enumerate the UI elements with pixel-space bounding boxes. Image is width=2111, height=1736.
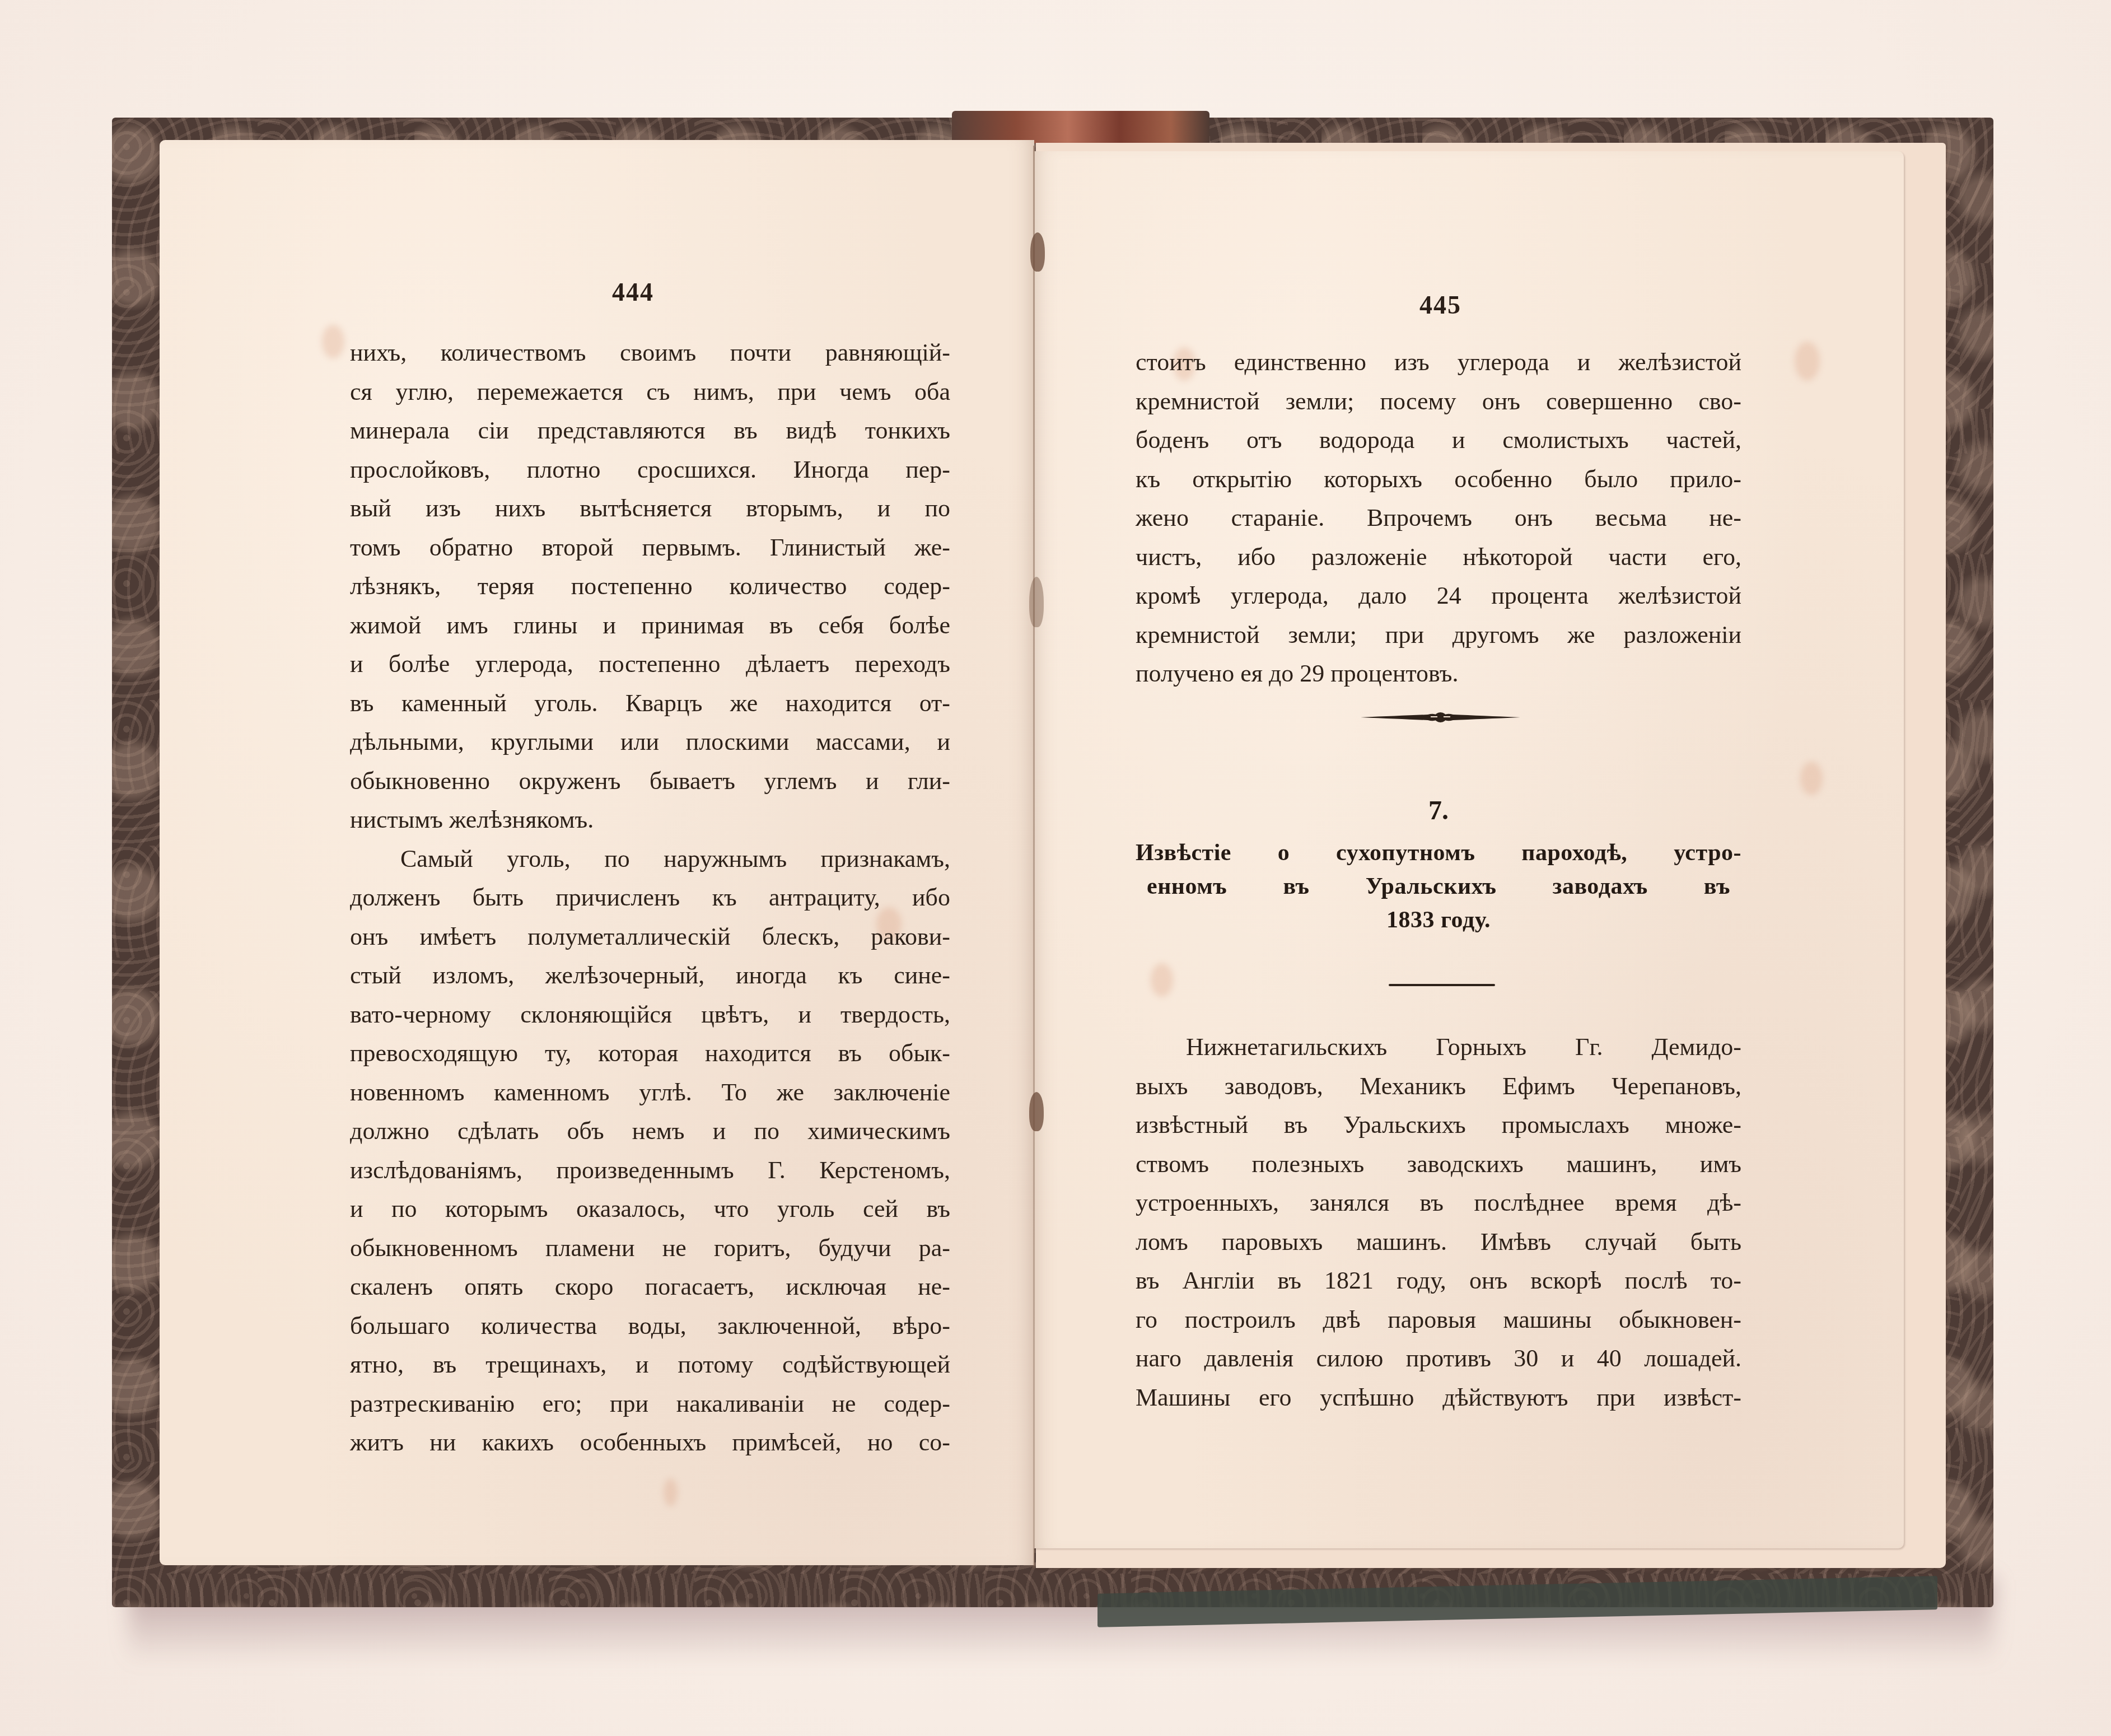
section-title-line: енномъ въ Уральскихъ заводахъ въ — [1136, 870, 1741, 903]
text-line: житъ ни какихъ особенныхъ примѣсей, но с… — [350, 1423, 950, 1462]
text-line: онъ имѣетъ полуметаллическій блескъ, рак… — [350, 917, 950, 956]
text-line: вато-черному склоняющійся цвѣтъ, и тверд… — [350, 995, 950, 1034]
text-line: превосходящую ту, которая находится въ о… — [350, 1034, 950, 1073]
text-line: обыкновенномъ пламени не горитъ, будучи … — [350, 1229, 950, 1268]
text-line: нихъ, количествомъ своимъ почти равняющі… — [350, 333, 950, 372]
text-line: Машины его успѣшно дѣйствуютъ при извѣст… — [1136, 1378, 1741, 1417]
text-line: вый изъ нихъ вытѣсняется вторымъ, и по — [350, 489, 950, 528]
text-line: устроенныхъ, занялся въ послѣднее время … — [1136, 1183, 1741, 1222]
text-line: большаго количества воды, заключенной, в… — [350, 1306, 950, 1346]
text-line: разтрескиванію его; при накаливаніи не с… — [350, 1384, 950, 1424]
text-line: ся углю, перемежается съ нимъ, при чемъ … — [350, 372, 950, 412]
text-line: въ Англіи въ 1821 году, онъ вскорѣ послѣ… — [1136, 1261, 1741, 1300]
page-number: 444 — [612, 277, 654, 307]
ornament-divider-icon — [1361, 710, 1520, 725]
text-line: ствомъ полезныхъ заводскихъ машинъ, имъ — [1136, 1145, 1741, 1184]
binding-tear — [1029, 577, 1044, 627]
text-line: ломъ паровыхъ машинъ. Имѣвъ случай быть — [1136, 1222, 1741, 1262]
foxing-spot — [322, 325, 344, 358]
text-line: должно сдѣлать объ немъ и по химическимъ — [350, 1112, 950, 1151]
text-line: ятно, въ трещинахъ, и потому содѣйствующ… — [350, 1345, 950, 1384]
left-page-text: нихъ, количествомъ своимъ почти равняющі… — [350, 333, 950, 1462]
text-line: скаленъ опять скоро погасаетъ, исключая … — [350, 1267, 950, 1306]
section-number: 7. — [1136, 795, 1741, 826]
text-line: боденъ отъ водорода и смолистыхъ частей, — [1136, 421, 1741, 460]
spine-leather — [952, 111, 1209, 143]
text-line: наго давленія силою противъ 30 и 40 лоша… — [1136, 1339, 1741, 1378]
text-line: долженъ быть причисленъ къ антрациту, иб… — [350, 878, 950, 917]
text-line: къ открытію которыхъ особенно было прило… — [1136, 460, 1741, 499]
text-line: новенномъ каменномъ углѣ. То же заключен… — [350, 1073, 950, 1112]
foxing-spot — [1800, 762, 1823, 795]
page-number: 445 — [1419, 290, 1461, 320]
right-page: 445 стоитъ единственно изъ углерода и же… — [1033, 151, 1904, 1548]
text-line: кремнистой земли; при другомъ же разложе… — [1136, 615, 1741, 655]
text-line: стый изломъ, желѣзочерный, иногда къ син… — [350, 956, 950, 995]
book-gutter — [1033, 146, 1035, 1568]
right-page-text-top: стоитъ единственно изъ углерода и желѣзи… — [1136, 343, 1741, 693]
right-page-text-bottom: Нижнетагильскихъ Горныхъ Гг. Демидо- вых… — [1136, 1028, 1741, 1417]
text-line: получено ея до 29 процентовъ. — [1136, 654, 1741, 693]
text-line: го построилъ двѣ паровыя машины обыкнове… — [1136, 1300, 1741, 1340]
text-line: лѣзнякъ, теряя постепенно количество сод… — [350, 567, 950, 606]
text-line: минерала сіи представляются въ видѣ тонк… — [350, 411, 950, 450]
text-line: Нижнетагильскихъ Горныхъ Гг. Демидо- — [1136, 1028, 1741, 1067]
binding-tear — [1029, 1092, 1044, 1131]
text-line: нистымъ желѣзнякомъ. — [350, 800, 950, 839]
text-line: обыкновенно окруженъ бываетъ углемъ и гл… — [350, 762, 950, 801]
section-title-line: 1833 году. — [1136, 903, 1741, 937]
text-line: въ каменный уголь. Кварцъ же находится о… — [350, 684, 950, 723]
foxing-spot — [664, 1478, 678, 1506]
text-line: извѣстный въ Уральскихъ промыслахъ множе… — [1136, 1105, 1741, 1145]
section-heading: 7. Извѣстіе о сухопутномъ пароходѣ, устр… — [1136, 795, 1741, 937]
text-line: томъ обратно второй первымъ. Глинистый ж… — [350, 528, 950, 567]
text-line: кромѣ углерода, дало 24 процента желѣзис… — [1136, 576, 1741, 615]
binding-tear — [1030, 232, 1045, 272]
foxing-spot — [1151, 963, 1173, 997]
text-line: кремнистой земли; посему онъ совершенно … — [1136, 382, 1741, 421]
text-line: дѣльными, круглыми или плоскими массами,… — [350, 722, 950, 762]
text-line: прослойковъ, плотно сросшихся. Иногда пе… — [350, 450, 950, 489]
left-page: 444 нихъ, количествомъ своимъ почти равн… — [160, 140, 1034, 1565]
text-line: жено стараніе. Впрочемъ онъ весьма не- — [1136, 498, 1741, 538]
text-line: стоитъ единственно изъ углерода и желѣзи… — [1136, 343, 1741, 382]
text-line: жимой имъ глины и принимая въ себя болѣе — [350, 606, 950, 645]
section-title-line: Извѣстіе о сухопутномъ пароходѣ, устро- — [1136, 836, 1741, 870]
text-line: изслѣдованіямъ, произведеннымъ Г. Керсте… — [350, 1151, 950, 1190]
text-line: выхъ заводовъ, Механикъ Ефимъ Черепановъ… — [1136, 1067, 1741, 1106]
text-line: чистъ, ибо разложеніе нѣкоторой части ег… — [1136, 538, 1741, 577]
text-line: и по которымъ оказалось, что уголь сей в… — [350, 1189, 950, 1229]
section-rule — [1389, 984, 1495, 986]
text-line: и болѣе углерода, постепенно дѣлаетъ пер… — [350, 645, 950, 684]
foxing-spot — [1795, 342, 1820, 381]
text-line: Самый уголь, по наружнымъ признакамъ, — [350, 839, 950, 879]
